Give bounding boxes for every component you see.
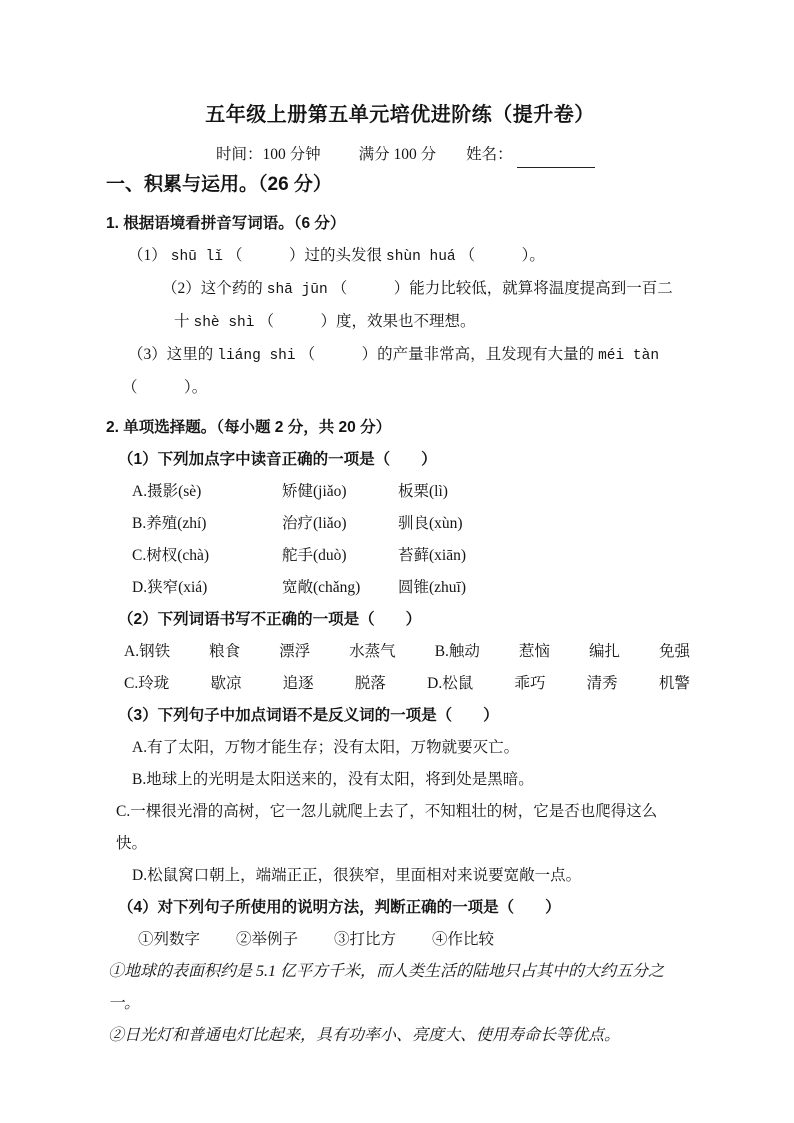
q2-sub4-stem: （4）对下列句子所使用的说明方法，判断正确的一项是（ ） bbox=[118, 892, 694, 924]
q2-sub1-option-row-a: A.摄影(sè)矫健(jiǎo)板栗(lì) bbox=[132, 476, 694, 508]
time-label: 时间：100 分钟 bbox=[216, 142, 321, 168]
q2-sub4-sentence-2: ②日光灯和普通电灯比起来，具有功率小、亮度大、使用寿命长等优点。 bbox=[108, 1020, 694, 1052]
section-1-heading: 一、积累与运用。（26 分） bbox=[106, 170, 694, 200]
cn-text: （ ）度，效果也不理想。 bbox=[258, 313, 475, 330]
cn-text: （2）这个药的 bbox=[162, 280, 263, 297]
option-cell: 圆锥(zhuī) bbox=[398, 572, 466, 604]
word-cell: D.松鼠 bbox=[427, 668, 473, 700]
page-title: 五年级上册第五单元培优进阶练（提升卷） bbox=[106, 100, 694, 130]
cn-text: （ ）的产量非常高，且发现有大量的 bbox=[300, 346, 595, 363]
option-cell: 苔藓(xiān) bbox=[398, 540, 466, 572]
q1-line-2-continued: 十shè shì（ ）度，效果也不理想。 bbox=[174, 306, 694, 339]
word-cell: 编扎 bbox=[589, 636, 620, 668]
name-field-group: 姓名： bbox=[466, 142, 595, 168]
option-cell: 板栗(lì) bbox=[398, 476, 448, 508]
q2-sub3-stem: （3）下列句子中加点词语不是反义词的一项是（ ） bbox=[118, 700, 694, 732]
q2-sub3-option-d: D.松鼠窝口朝上，端端正正，很狭窄，里面相对来说要宽敞一点。 bbox=[132, 860, 694, 892]
q2-sub2-option-row-ab: A.钢铁粮食漂浮水蒸气B.触动惹恼编扎免强 bbox=[124, 636, 690, 668]
word-cell: 清秀 bbox=[587, 668, 618, 700]
option-cell: 驯良(xùn) bbox=[398, 508, 463, 540]
word-cell: A.钢铁 bbox=[124, 636, 170, 668]
word-cell: 脱落 bbox=[355, 668, 386, 700]
q2-sub3-option-c-continued: 快。 bbox=[116, 828, 694, 860]
word-cell: 水蒸气 bbox=[349, 636, 396, 668]
q2-sub3-option-a: A.有了太阳，万物才能生存；没有太阳，万物就要灭亡。 bbox=[132, 732, 694, 764]
option-cell: C.树杈(chà) bbox=[132, 540, 282, 572]
pinyin-text: méi tàn bbox=[598, 348, 659, 364]
cn-text: （ ）能力比较低，就算将温度提高到一百二 bbox=[332, 280, 673, 297]
q1-line-1: （1）shū lǐ（ ）过的头发很shùn huá（ ）。 bbox=[128, 240, 694, 273]
word-cell: 机警 bbox=[659, 668, 690, 700]
name-label: 姓名： bbox=[466, 142, 513, 168]
full-score-label: 满分 100 分 bbox=[359, 142, 437, 168]
word-cell: 歇凉 bbox=[210, 668, 241, 700]
pinyin-text: shū lǐ bbox=[171, 249, 223, 265]
cn-text: （3）这里的 bbox=[128, 346, 213, 363]
q1-line-2: （2）这个药的shā jūn（ ）能力比较低，就算将温度提高到一百二 bbox=[162, 273, 694, 306]
option-cell: 舵手(duò) bbox=[282, 540, 398, 572]
q1-line-3: （3）这里的liáng shi（ ）的产量非常高，且发现有大量的méi tàn bbox=[128, 339, 694, 372]
option-cell: D.狭窄(xiá) bbox=[132, 572, 282, 604]
method-item: ③打比方 bbox=[334, 924, 396, 956]
word-cell: 追逐 bbox=[283, 668, 314, 700]
method-item: ②举例子 bbox=[236, 924, 298, 956]
pinyin-text: liáng shi bbox=[217, 348, 295, 364]
option-cell: A.摄影(sè) bbox=[132, 476, 282, 508]
q2-sub1-option-row-d: D.狭窄(xiá)宽敞(chǎng)圆锥(zhuī) bbox=[132, 572, 694, 604]
cn-text: （1） bbox=[128, 247, 167, 264]
q2-sub4-sentence-1: ①地球的表面积约是 5.1 亿平方千米，而人类生活的陆地只占其中的大约五分之 bbox=[108, 956, 694, 988]
cn-text: （ ）过的头发很 bbox=[227, 247, 382, 264]
word-cell: C.玲珑 bbox=[124, 668, 169, 700]
pinyin-text: shùn huá bbox=[386, 249, 456, 265]
q2-sub3-option-c: C.一棵很光滑的高树，它一忽儿就爬上去了，不知粗壮的树，它是否也爬得这么 bbox=[116, 796, 694, 828]
option-cell: 矫健(jiǎo) bbox=[282, 476, 398, 508]
question-2-heading: 2. 单项选择题。（每小题 2 分，共 20 分） bbox=[106, 412, 694, 444]
word-cell: 乖巧 bbox=[514, 668, 545, 700]
question-1-heading: 1. 根据语境看拼音写词语。（6 分） bbox=[106, 208, 694, 240]
word-cell: 惹恼 bbox=[519, 636, 550, 668]
word-cell: 漂浮 bbox=[279, 636, 310, 668]
name-blank-field[interactable] bbox=[517, 149, 595, 168]
option-cell: B.养殖(zhí) bbox=[132, 508, 282, 540]
q2-sub2-option-row-cd: C.玲珑歇凉追逐脱落D.松鼠乖巧清秀机警 bbox=[124, 668, 690, 700]
exam-paper-page: 五年级上册第五单元培优进阶练（提升卷） 时间：100 分钟 满分 100 分 姓… bbox=[0, 0, 794, 1123]
cn-text: 十 bbox=[174, 313, 190, 330]
pinyin-text: shā jūn bbox=[267, 282, 328, 298]
option-cell: 宽敞(chǎng) bbox=[282, 572, 398, 604]
cn-text: （ ）。 bbox=[460, 247, 545, 264]
q2-sub3-option-b: B.地球上的光明是太阳送来的，没有太阳，将到处是黑暗。 bbox=[132, 764, 694, 796]
cn-text: （ ）。 bbox=[122, 379, 207, 396]
q2-sub1-option-row-c: C.树杈(chà)舵手(duò)苔藓(xiān) bbox=[132, 540, 694, 572]
exam-info-line: 时间：100 分钟 满分 100 分 姓名： bbox=[216, 142, 694, 168]
q2-sub1-stem: （1）下列加点字中读音正确的一项是（ ） bbox=[118, 444, 694, 476]
method-item: ④作比较 bbox=[432, 924, 494, 956]
word-cell: 粮食 bbox=[209, 636, 240, 668]
word-cell: B.触动 bbox=[435, 636, 480, 668]
q2-sub4-sentence-1-continued: 一。 bbox=[108, 988, 694, 1020]
q1-line-3-continued: （ ）。 bbox=[122, 372, 694, 404]
q2-sub4-methods-row: ①列数字②举例子③打比方④作比较 bbox=[138, 924, 694, 956]
method-item: ①列数字 bbox=[138, 924, 200, 956]
word-cell: 免强 bbox=[659, 636, 690, 668]
pinyin-text: shè shì bbox=[194, 315, 255, 331]
q2-sub2-stem: （2）下列词语书写不正确的一项是（ ） bbox=[118, 604, 694, 636]
q2-sub1-option-row-b: B.养殖(zhí)治疗(liǎo)驯良(xùn) bbox=[132, 508, 694, 540]
option-cell: 治疗(liǎo) bbox=[282, 508, 398, 540]
